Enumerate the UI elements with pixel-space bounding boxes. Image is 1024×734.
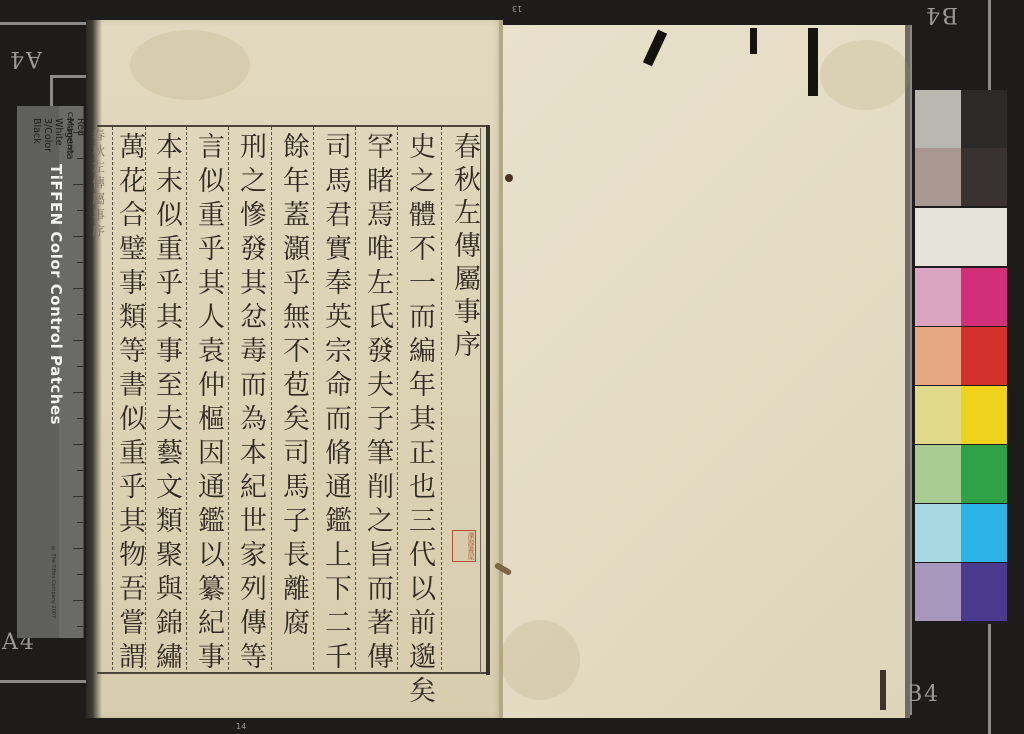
document-title-column: 春秋左傳屬事序 — [449, 132, 479, 363]
book-spine — [499, 20, 503, 718]
column-rule — [355, 127, 357, 670]
water-stain — [130, 30, 250, 100]
ruler-tick — [77, 574, 83, 575]
ruler-tick — [77, 366, 83, 367]
color-patch-red — [961, 327, 1007, 385]
background-tick-label: 13 — [512, 4, 522, 13]
ruler-tick — [73, 288, 83, 289]
background-guide-line — [988, 624, 991, 734]
ruler-tick — [73, 548, 83, 549]
color-patch-gray-dark — [961, 90, 1007, 148]
ruler-tick — [73, 496, 83, 497]
page-damage — [505, 174, 513, 182]
margin-title-fragment: 春秋左傳屬事序 — [92, 128, 106, 388]
ruler-tick — [73, 600, 83, 601]
color-patch-yellow-light — [915, 386, 961, 444]
text-column: 本末似重乎其事至夫藝文類聚與錦繡 — [151, 132, 181, 676]
ruler-tick — [73, 392, 83, 393]
ruler-tick — [77, 418, 83, 419]
ruler-tick — [73, 236, 83, 237]
color-patch-green — [961, 445, 1007, 503]
ruler-tick — [73, 444, 83, 445]
page-damage — [808, 28, 818, 96]
ruler-tick — [77, 470, 83, 471]
ruler-color-name: 3/Color — [42, 118, 53, 152]
color-patch-violet — [961, 563, 1007, 621]
text-column: 史之體不一而編年其正也三代以前邈矣 — [404, 132, 434, 710]
color-patch-gray-light — [915, 90, 961, 148]
paper-size-label-b4-top: B4 — [924, 2, 958, 27]
ruler-tick — [77, 158, 83, 159]
ruler-color-name: Red — [75, 118, 86, 158]
column-rule — [441, 127, 443, 670]
ruler-color-name: White — [53, 118, 64, 162]
paper-size-label-b4-bottom: B4 — [906, 682, 940, 707]
text-block-border-right — [486, 125, 490, 675]
color-control-chart — [915, 90, 1009, 624]
ruler-brand-label: TiFFEN Color Control Patches — [47, 164, 65, 425]
color-patch-white — [915, 208, 1007, 266]
color-patch-green-light — [915, 445, 961, 503]
background-guide-line — [50, 75, 86, 78]
ruler-tick — [73, 340, 83, 341]
color-patch-yellow — [961, 386, 1007, 444]
page-damage — [750, 28, 757, 54]
ruler-copyright: © The Tiffen Company 2007 — [50, 546, 56, 618]
ruler-tick — [77, 626, 83, 627]
background-guide-line — [50, 75, 53, 107]
page-damage — [880, 670, 886, 710]
column-rule — [397, 127, 399, 670]
text-column: 萬花合璧事類等書似重乎其物吾嘗謂 — [114, 132, 144, 676]
text-column: 言似重乎其人袁仲樞因通鑑以纂紀事 — [193, 132, 223, 676]
column-rule — [145, 127, 147, 670]
ruler-tick — [77, 314, 83, 315]
ruler-tick — [77, 262, 83, 263]
text-column: 罕睹焉唯左氏發夫子筆削之旨而著傳 — [362, 132, 392, 676]
column-rule — [186, 127, 188, 670]
column-rule — [271, 127, 273, 670]
ruler-color-name: Black — [31, 118, 42, 188]
red-seal-stamp: 濼源書屋 — [452, 530, 476, 562]
tiffen-color-control-ruler: Centimeters Blue Cyan Green Yellow Red M… — [17, 106, 84, 638]
text-column: 餘年蓋灝乎無不苞矣司馬子長離腐 — [278, 132, 308, 642]
color-patch-magenta — [961, 268, 1007, 326]
color-patch-cyan-light — [915, 504, 961, 562]
ruler-tick — [73, 132, 83, 133]
text-column: 司馬君實奉英宗命而脩通鑑上下二千 — [320, 132, 350, 676]
book-page-right-edge — [905, 25, 910, 718]
background-guide-line — [0, 680, 86, 683]
ruler-tick — [77, 522, 83, 523]
water-stain — [500, 620, 580, 700]
ruler-tick — [73, 184, 83, 185]
background-tick-label: 14 — [236, 722, 246, 731]
color-patch-violet-light — [915, 563, 961, 621]
background-guide-line — [988, 0, 991, 90]
water-stain — [820, 40, 910, 110]
color-patch-red-light — [915, 327, 961, 385]
color-patch-magenta-light — [915, 268, 961, 326]
color-patch-taupe-dark — [961, 148, 1007, 206]
text-block-border-inner — [480, 128, 481, 673]
book-page-right-blank — [502, 25, 908, 718]
paper-size-label-a4-top: A4 — [8, 46, 42, 71]
ruler-color-name: Magenta — [64, 118, 75, 162]
column-rule — [228, 127, 230, 670]
color-patch-taupe-light — [915, 148, 961, 206]
color-patch-cyan — [961, 504, 1007, 562]
text-column: 刑之慘發其忿毒而為本紀世家列傳等 — [235, 132, 265, 676]
ruler-tick — [77, 210, 83, 211]
column-rule — [313, 127, 315, 670]
background-guide-line — [0, 22, 86, 25]
